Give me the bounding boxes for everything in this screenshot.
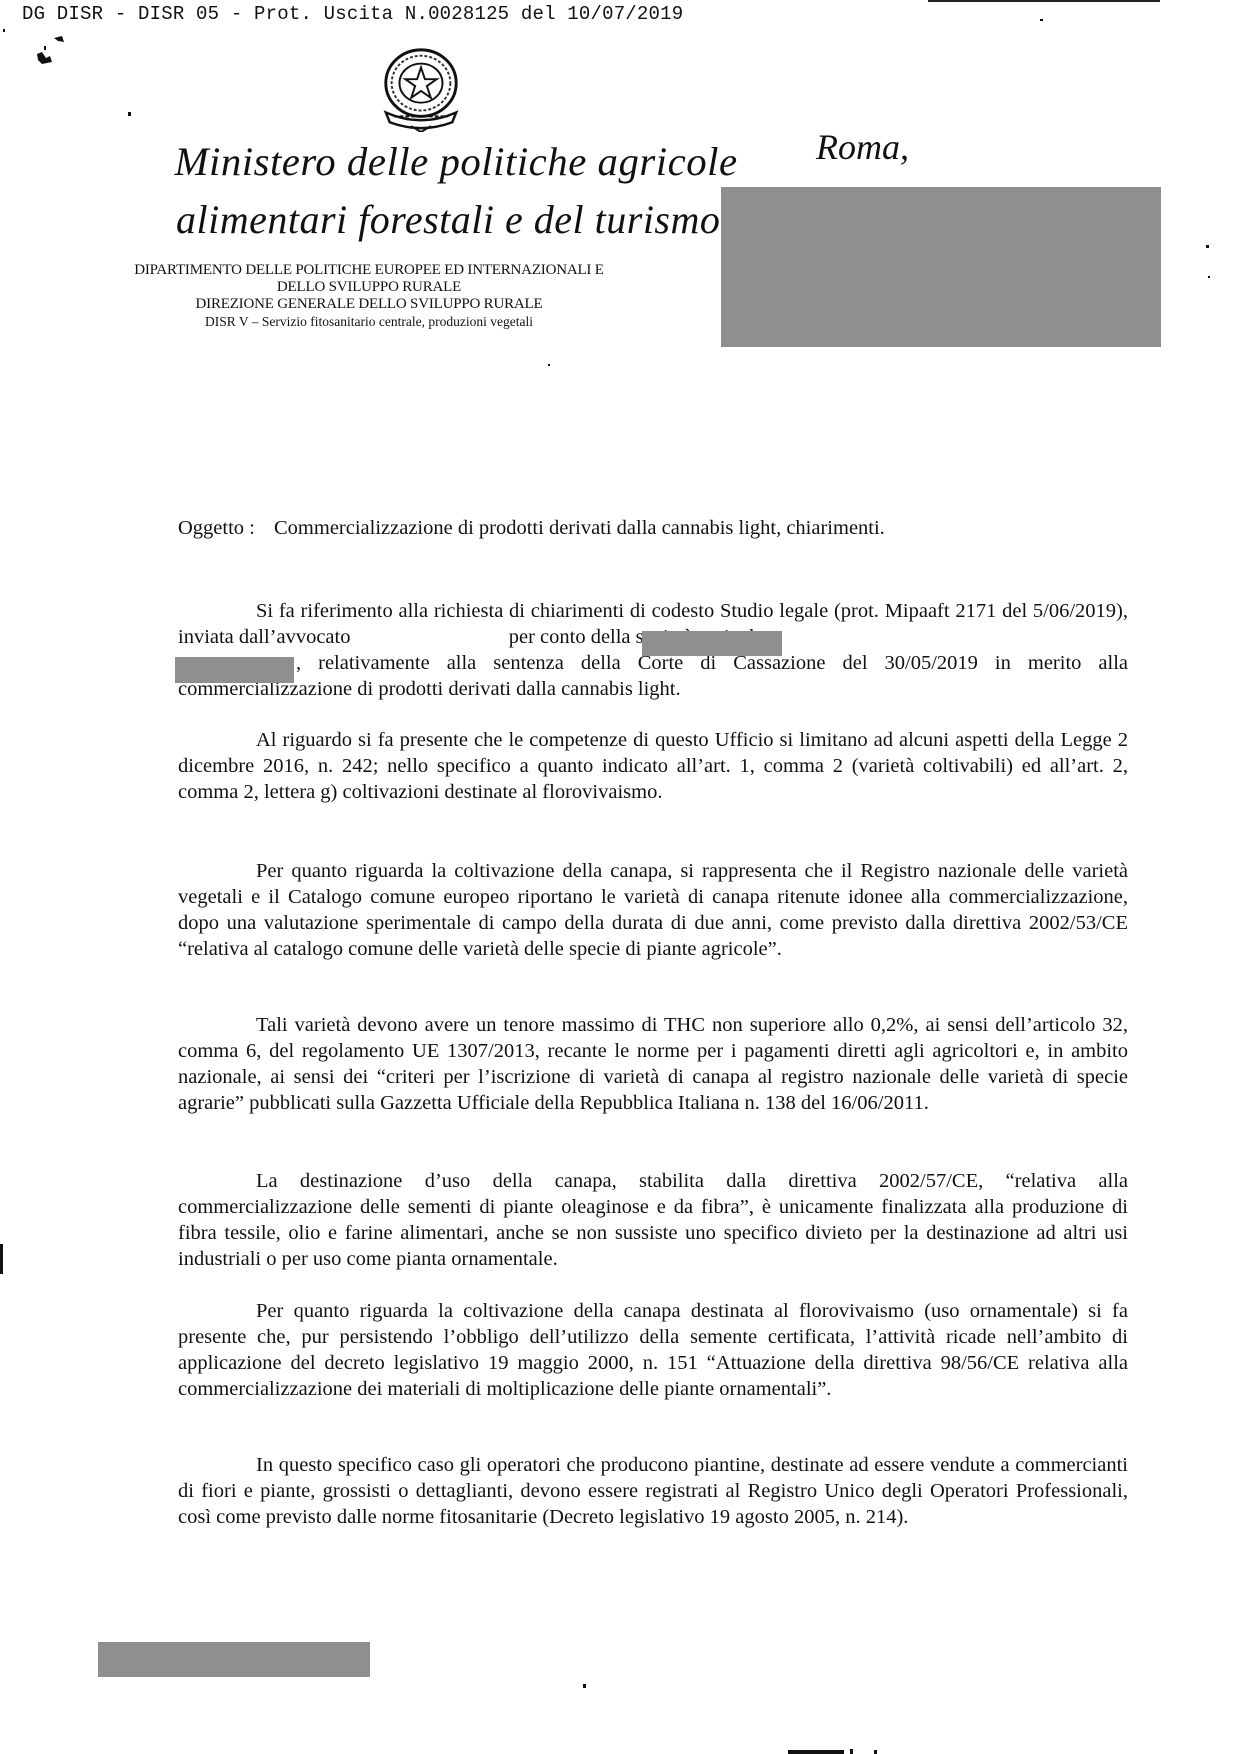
redacted-signature — [98, 1642, 370, 1677]
redacted-lawyer-name — [642, 631, 782, 656]
scan-mark — [583, 1684, 586, 1688]
paragraph-7: In questo specifico caso gli operatori c… — [178, 1452, 1128, 1530]
department-line: DIREZIONE GENERALE DELLO SVILUPPO RURALE — [90, 296, 648, 313]
scan-margin-mark — [0, 1244, 3, 1274]
paragraph-6: Per quanto riguarda la coltivazione dell… — [178, 1298, 1128, 1402]
department-line: DIPARTIMENTO DELLE POLITICHE EUROPEE ED … — [90, 262, 648, 279]
scan-mark — [3, 29, 5, 32]
department-line: DELLO SVILUPPO RURALE — [90, 279, 648, 296]
place-label: Roma, — [816, 126, 909, 168]
protocol-stamp: DG DISR - DISR 05 - Prot. Uscita N.00281… — [22, 3, 683, 25]
scan-scribble-icon — [34, 34, 70, 68]
department-block: DIPARTIMENTO DELLE POLITICHE EUROPEE ED … — [90, 262, 648, 330]
scan-mark — [1208, 276, 1210, 278]
bottom-edge-mark — [788, 1750, 844, 1754]
subject-label: Oggetto : — [178, 517, 255, 539]
italian-republic-emblem-icon — [372, 44, 470, 132]
ministry-name-line2: alimentari forestali e del turismo — [176, 196, 720, 243]
top-edge-line — [928, 0, 1160, 2]
scan-mark — [1040, 19, 1043, 21]
paragraph-4-text: Tali varietà devono avere un tenore mass… — [178, 1014, 1128, 1114]
paragraph-4: Tali varietà devono avere un tenore mass… — [178, 1012, 1128, 1116]
paragraph-6-text: Per quanto riguarda la coltivazione dell… — [178, 1300, 1128, 1400]
redacted-recipient-address — [721, 187, 1161, 347]
scan-mark — [1206, 245, 1209, 248]
paragraph-1-part3: , relativamente alla sentenza della Cort… — [178, 652, 1128, 700]
paragraph-7-text: In questo specifico caso gli operatori c… — [178, 1454, 1128, 1528]
subject-line: Oggetto : Commercializzazione di prodott… — [178, 517, 885, 540]
paragraph-5: La destinazione d’uso della canapa, stab… — [178, 1168, 1128, 1272]
scan-mark — [128, 112, 131, 116]
paragraph-5-text: La destinazione d’uso della canapa, stab… — [178, 1170, 1128, 1270]
paragraph-3-text: Per quanto riguarda la coltivazione dell… — [178, 860, 1128, 960]
subject-text: Commercializzazione di prodotti derivati… — [274, 517, 885, 539]
redacted-company-name — [175, 657, 294, 683]
department-line: DISR V – Servizio fitosanitario centrale… — [90, 313, 648, 330]
bottom-edge-mark — [850, 1749, 853, 1754]
paragraph-2-text: Al riguardo si fa presente che le compet… — [178, 729, 1128, 803]
paragraph-3: Per quanto riguarda la coltivazione dell… — [178, 858, 1128, 962]
bottom-edge-mark — [874, 1750, 877, 1754]
paragraph-2: Al riguardo si fa presente che le compet… — [178, 727, 1128, 805]
ministry-name-line1: Ministero delle politiche agricole — [174, 138, 737, 185]
scan-mark — [548, 364, 550, 366]
